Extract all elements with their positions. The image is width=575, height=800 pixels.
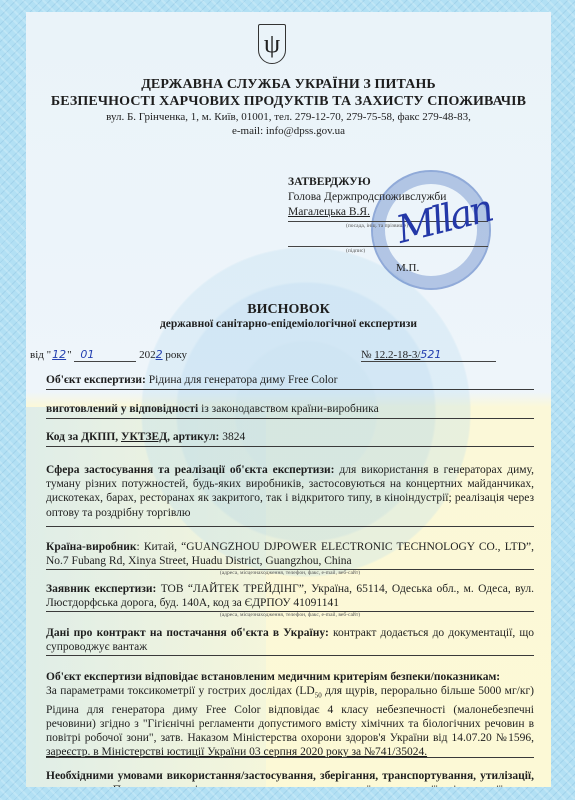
date-suffix: року: [165, 349, 187, 361]
number-printed: 12.2-18-3/: [374, 349, 420, 361]
made-label: виготовлений у відповідності: [46, 403, 198, 415]
field-contract: Дані про контракт на постачання об'єкта …: [46, 626, 534, 654]
code-label-article: , артикул:: [167, 431, 219, 443]
approver-position: Голова Держпродспоживслужби: [288, 190, 528, 205]
agency-name-line1: ДЕРЖАВНА СЛУЖБА УКРАЇНИ З ПИТАНЬ: [26, 77, 551, 93]
scope-label: Сфера застосування та реалізації об'єкта…: [46, 464, 335, 476]
field-criteria: Об'єкт експертизи відповідає встановлени…: [46, 670, 534, 760]
agency-address: вул. Б. Грінченка, 1, м. Київ, 01001, те…: [26, 111, 551, 123]
applicant-caption: (адреса, місцезнаходження, телефон, факс…: [46, 612, 534, 618]
applicant-label: Заявник експертизи:: [46, 583, 156, 595]
criteria-subscript: 50: [315, 692, 322, 700]
divider: [46, 526, 534, 527]
signature-caption: (підпис): [346, 248, 365, 254]
field-object: Об'єкт експертизи: Рідина для генератора…: [46, 373, 534, 387]
contract-label: Дані про контракт на постачання об'єкта …: [46, 627, 329, 639]
number-prefix: №: [361, 349, 372, 361]
divider: [46, 655, 534, 656]
criteria-text: За параметрами токсикометрії у гострих д…: [46, 685, 315, 697]
seal-place-label: М.П.: [396, 262, 419, 274]
code-label-dkpp: Код за ДКПП,: [46, 431, 118, 443]
date-month: 01: [74, 348, 136, 362]
certificate-page: ψ ДЕРЖАВНА СЛУЖБА УКРАЇНИ З ПИТАНЬ БЕЗПЕ…: [26, 12, 551, 787]
field-conditions: Необхідними умовами використання/застосу…: [46, 769, 534, 787]
field-country: Країна-виробник: Китай, “GUANGZHOU DJPOW…: [46, 540, 534, 568]
agency-email: e-mail: info@dpss.gov.ua: [26, 125, 551, 137]
document-title: ВИСНОВОК: [26, 302, 551, 318]
field-made: виготовлений у відповідності із законода…: [46, 402, 534, 416]
document-subtitle: державної санітарно-епідеміологічної екс…: [26, 318, 551, 330]
document-number: № 12.2-18-3/521: [361, 348, 496, 362]
field-applicant: Заявник експертизи: ТОВ “ЛАЙТЕК ТРЕЙДІНГ…: [46, 582, 534, 610]
date-prefix: від: [30, 349, 44, 361]
code-label-uktzed: УКТЗЕД: [121, 431, 167, 443]
criteria-label: Об'єкт експертизи відповідає встановлени…: [46, 671, 500, 683]
agency-name-line2: БЕЗПЕЧНОСТІ ХАРЧОВИХ ПРОДУКТІВ ТА ЗАХИСТ…: [26, 94, 551, 110]
number-handwritten: 521: [420, 348, 441, 361]
date-day: 12: [51, 348, 67, 361]
field-scope: Сфера застосування та реалізації об'єкта…: [46, 463, 534, 520]
date-year-digit: 2: [156, 348, 163, 361]
divider: [46, 446, 534, 447]
divider: [46, 418, 534, 419]
divider: [46, 389, 534, 390]
object-label: Об'єкт експертизи:: [46, 374, 146, 386]
object-value: Рідина для генератора диму Free Color: [149, 374, 338, 386]
made-value: із законодавством країни-виробника: [201, 403, 379, 415]
divider: [46, 757, 534, 758]
trident-coat-of-arms-icon: ψ: [258, 24, 286, 64]
date-year-prefix: 202: [139, 349, 156, 361]
approval-label: ЗАТВЕРДЖУЮ: [288, 175, 528, 190]
country-label: Країна-виробник: [46, 541, 137, 553]
issue-date: від "12" 01 2022 року: [30, 348, 187, 362]
field-code: Код за ДКПП, УКТЗЕД, артикул: 3824: [46, 430, 534, 444]
signature-line: [288, 246, 488, 247]
code-value: 3824: [222, 431, 245, 443]
country-caption: (адреса, місцезнаходження, телефон, факс…: [46, 570, 534, 576]
conditions-value: При застосуванні дотримуватись вимог нор…: [113, 784, 531, 787]
